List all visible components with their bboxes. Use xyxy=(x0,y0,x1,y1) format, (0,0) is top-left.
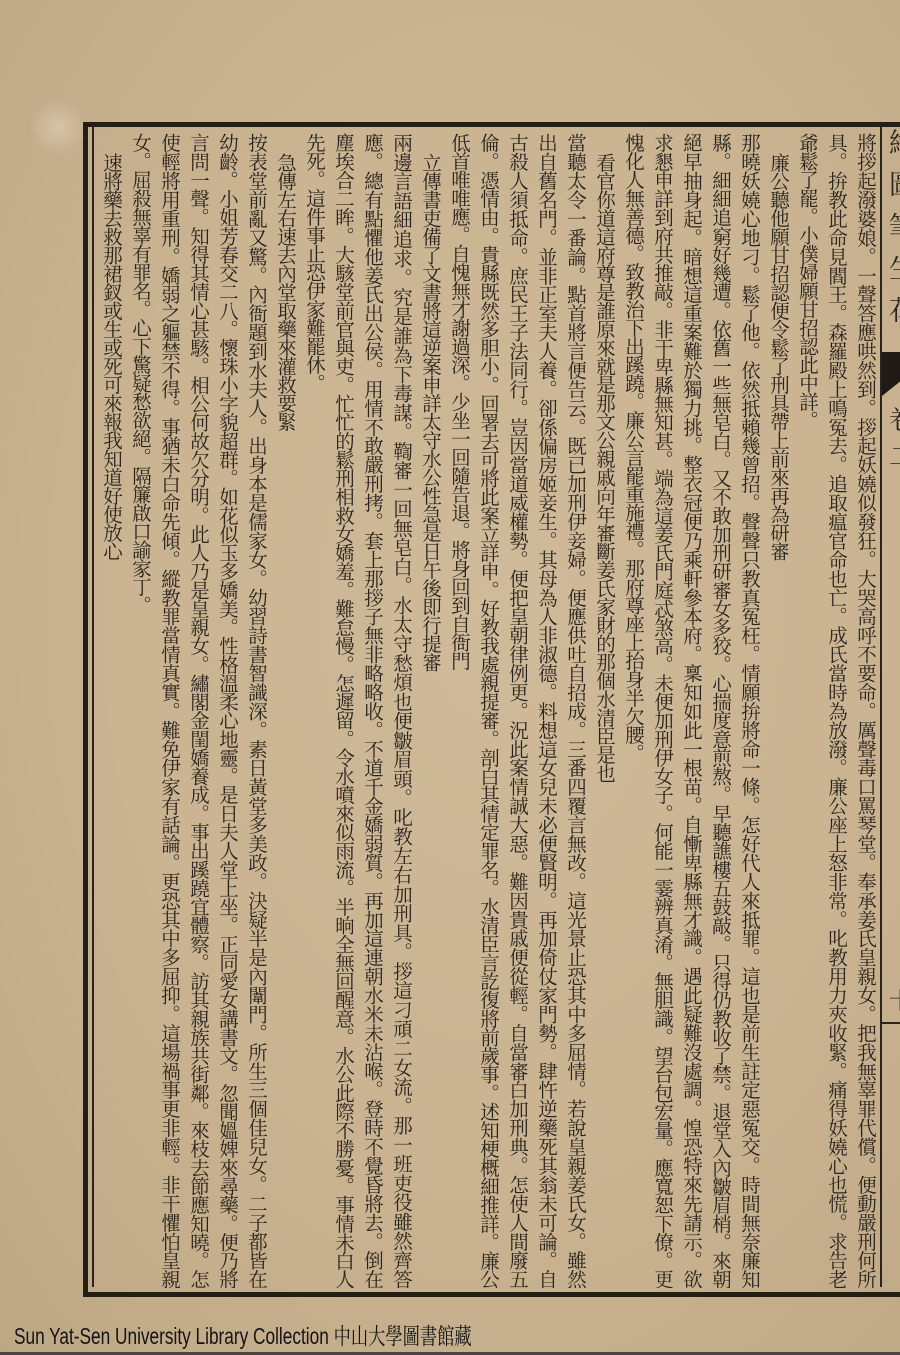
volume-label: 卷二 xyxy=(886,405,900,479)
text-column: 先死。這件事止恐伊家難罷休。 xyxy=(300,133,329,1288)
text-column: 求懇申詳到府共推敲。非干卑縣無知甚。端為這姜氏門庭忒煞高。未便加刑伊女子。何能一… xyxy=(648,133,677,1288)
text-column: 使輕將用重刑。嬌弱之軀禁不得。事猶未白命先傾。縱教罪當情真實。難免伊家有話論。更… xyxy=(155,133,184,1288)
text-column: 幼齡。小姐芳春交二八。懷珠小字貌超群。如花似玉多嬌美。性格溫柔心地靈。是日夫人堂… xyxy=(213,133,242,1288)
text-column: 愧化人無善德。致教治下出蹊蹺。廉公言罷重施禮。那府尊座上抬身半欠腰。 xyxy=(619,133,648,1288)
text-column: 按表堂前亂又驚。內衙題到水夫人。出身本是儒家女。幼習詩書智識深。素日黃堂多美政。… xyxy=(242,133,271,1288)
text-column-prose: 立傳書吏備了文書將這逆案申詳太守水公性急是日午後即行提審 xyxy=(416,133,445,1288)
collection-watermark: Sun Yat-Sen University Library Collectio… xyxy=(14,1322,472,1350)
text-column: 古殺人須抵命。庶民王子法同行。豈因當道威權勢。便把皇朝律例更。況此案情誠大惡。難… xyxy=(503,133,532,1288)
book-title: 繪圖筆生花 xyxy=(886,128,900,338)
text-column-prose: 廉公聽他願甘招認便令鬆了刑具帶上前來再為研審 xyxy=(764,133,793,1288)
text-column-prose: 速將藥去救那裙釵或生或死可來報我知道好使放心 xyxy=(97,133,126,1288)
text-column: 爺鬆了罷。小僕婦願甘招認此中詳。 xyxy=(793,133,822,1288)
text-column: 應。總有點懼他姜氏出公侯。用情不敢嚴刑拷。套上那拶子無非略略收。不道千金嬌弱質。… xyxy=(358,133,387,1288)
text-column: 女。屈殺無辜有罪名。心下驚疑愁欲絕。隔簾啟口諭家丁。 xyxy=(126,133,155,1288)
text-column: 絕早抽身起。暗想這重案難於獨力挑。整衣冠便乃乘軒參本府。稟知如此一根苗。自慚卑縣… xyxy=(677,133,706,1288)
text-column: 塵埃合二眸。大駭堂前官與吏。忙忙的鬆刑相救女嬌羞。難怠慢。怎遲留。令水噴來似雨流… xyxy=(329,133,358,1288)
collection-label-zh: 中山大學圖書館藏 xyxy=(334,1323,472,1349)
text-body: 將拶起潑婆娘。一聲答應哄然到。拶起妖嬈似發狂。大哭高呼不要命。厲聲毒口罵琴堂。奉… xyxy=(97,133,880,1288)
margin-divider xyxy=(882,1022,900,1024)
page-border-inner-line xyxy=(92,127,94,1287)
text-column-prose: 看官你道這府尊是誰原來就是那文公親戚向年審斷姜氏家財的那個水清臣是也 xyxy=(590,133,619,1288)
center-margin-rule xyxy=(880,127,882,1287)
text-column: 低首唯唯應。自愧無才謝過深。少坐一回隨告退。將身回到自衙門 xyxy=(445,133,474,1288)
paper-stain xyxy=(28,100,88,155)
text-column: 當聽太令一番論。點首將言便告云。既已加刑伊妾婦。便應供吐自招成。三番四覆言無改。… xyxy=(561,133,590,1288)
text-column: 兩邊言語細追求。究是誰為下毒謀。鞫審一回無皂白。水太守愁煩也便皺眉頭。叱教左右加… xyxy=(387,133,416,1288)
text-column: 出自舊名門。並非正室夫人養。卻係偏房姬妾生。其母為人非淑德。料想這女兒未必便賢明… xyxy=(532,133,561,1288)
page-number: 十 xyxy=(886,988,900,1012)
text-column: 倫。憑情由。貴縣既然多胆小。回署去可將此案立詳申。好教我處親提審。剖白其情定罪名… xyxy=(474,133,503,1288)
text-column: 那曉妖嬈心地刁。鬆了他。依然抵賴幾曾招。聲聲只教真冤枉。情願拚將命一條。怎好代人… xyxy=(735,133,764,1288)
text-column: 縣。細細追窮好幾遭。依舊一些無皂白。又不敢加刑研審女多狡。心揣度意煎熬。早聽譙樓… xyxy=(706,133,735,1288)
collection-label-en: Sun Yat-Sen University Library Collectio… xyxy=(14,1323,329,1349)
text-column: 具。拚教此命見閻王。森羅殿上鳴冤去。追取瘟官命也亡。成氏當時為放潑。廉公座上怒非… xyxy=(822,133,851,1288)
text-column: 言問一聲。知得其情心甚駭。相公何故欠分明。此人乃是皇親女。繡閣金閨嬌養成。事出蹊… xyxy=(184,133,213,1288)
text-column: 將拶起潑婆娘。一聲答應哄然到。拶起妖嬈似發狂。大哭高呼不要命。厲聲毒口罵琴堂。奉… xyxy=(851,133,880,1288)
text-column-prose: 急傳左右速去內堂取藥來灌救要緊 xyxy=(271,133,300,1288)
